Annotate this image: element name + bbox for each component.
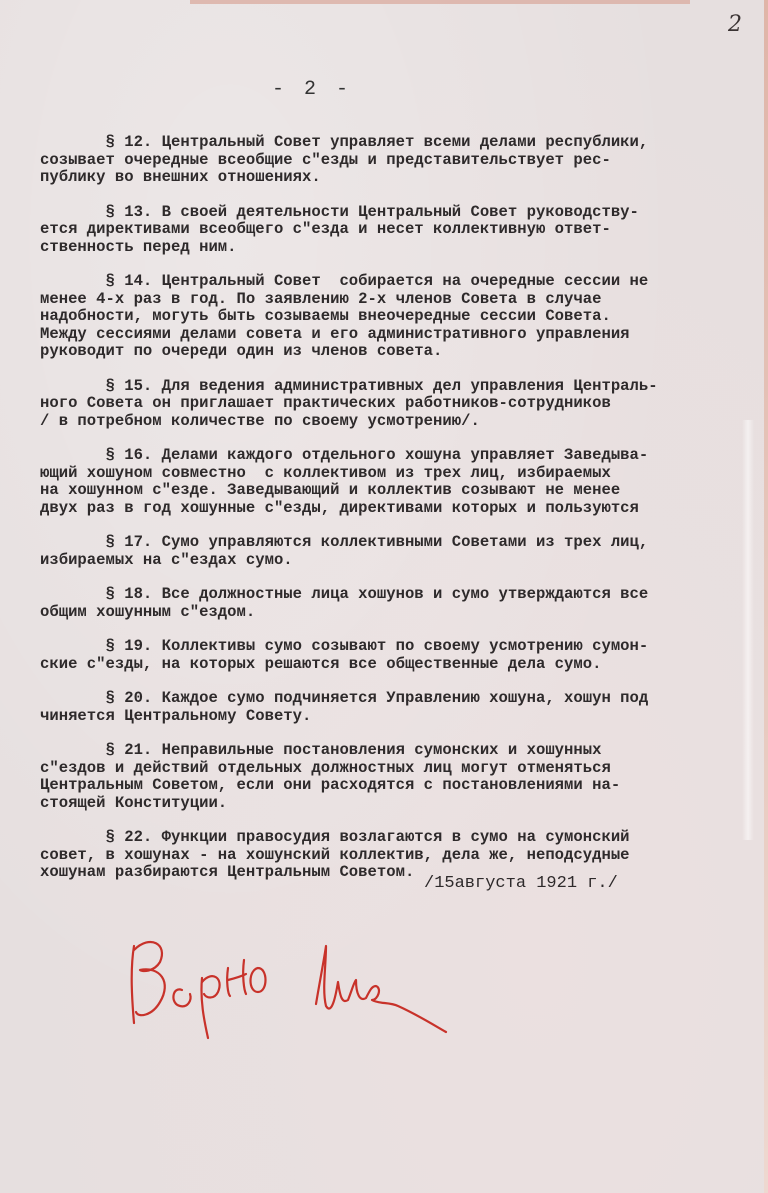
paragraph-section-18: § 18. Все должностные лица хошунов и сум…	[40, 586, 760, 621]
document-date: /15августа 1921 г./	[424, 874, 618, 893]
text-line: совет, в хошунах - на хошунский коллекти…	[40, 847, 760, 865]
text-line: избираемых на с"ездах сумо.	[40, 552, 760, 570]
paragraph-section-17: § 17. Сумо управляются коллективными Сов…	[40, 534, 760, 569]
text-line: ющий хошуном совместно с коллективом из …	[40, 465, 760, 483]
paragraph-section-15: § 15. Для ведения административных дел у…	[40, 378, 760, 431]
text-line: двух раз в год хошунные с"езды, директив…	[40, 500, 760, 518]
text-line: § 18. Все должностные лица хошунов и сум…	[40, 586, 760, 604]
text-line: ного Совета он приглашает практических р…	[40, 395, 760, 413]
paragraph-section-22: § 22. Функции правосудия возлагаются в с…	[40, 829, 760, 882]
text-line: стоящей Конституции.	[40, 795, 760, 813]
paragraph-section-14: § 14. Центральный Совет собирается на оч…	[40, 273, 760, 361]
text-line: Между сессиями делами совета и его админ…	[40, 326, 760, 344]
text-line: с"ездов и действий отдельных должностных…	[40, 760, 760, 778]
text-line: созывает очередные всеобщие с"езды и пре…	[40, 152, 760, 170]
text-line: общим хошунным с"ездом.	[40, 604, 760, 622]
text-line: ственность перед ним.	[40, 239, 760, 257]
text-line: публику во внешних отношениях.	[40, 169, 760, 187]
archive-sheet-number: 2	[728, 12, 742, 37]
text-line: чиняется Центральному Совету.	[40, 708, 760, 726]
text-line: § 12. Центральный Совет управляет всеми …	[40, 134, 760, 152]
paper-edge-top	[190, 0, 690, 4]
paragraph-section-12: § 12. Центральный Совет управляет всеми …	[40, 134, 760, 187]
paragraph-section-20: § 20. Каждое сумо подчиняется Управлению…	[40, 690, 760, 725]
text-line: § 15. Для ведения административных дел у…	[40, 378, 760, 396]
text-line: надобности, могуть быть созываемы внеоче…	[40, 308, 760, 326]
text-line: § 13. В своей деятельности Центральный С…	[40, 204, 760, 222]
text-line: § 21. Неправильные постановления сумонск…	[40, 742, 760, 760]
text-line: хошунам разбираются Центральным Советом.	[40, 864, 760, 882]
paragraph-section-13: § 13. В своей деятельности Центральный С…	[40, 204, 760, 257]
text-line: § 19. Коллективы сумо созывают по своему…	[40, 638, 760, 656]
document-page: 2 - 2 - § 12. Центральный Совет управляе…	[0, 0, 768, 1193]
text-line: § 16. Делами каждого отдельного хошуна у…	[40, 447, 760, 465]
text-line: ется директивами всеобщего с"езда и несе…	[40, 221, 760, 239]
page-number: - 2 -	[272, 78, 352, 101]
paper-edge-right	[764, 0, 768, 1193]
text-line: Центральным Советом, если они расходятся…	[40, 777, 760, 795]
text-line: менее 4-х раз в год. По заявлению 2-х чл…	[40, 291, 760, 309]
text-line: § 14. Центральный Совет собирается на оч…	[40, 273, 760, 291]
text-line: § 20. Каждое сумо подчиняется Управлению…	[40, 690, 760, 708]
text-line: ские с"езды, на которых решаются все общ…	[40, 656, 760, 674]
paragraph-section-16: § 16. Делами каждого отдельного хошуна у…	[40, 447, 760, 517]
paragraph-section-21: § 21. Неправильные постановления сумонск…	[40, 742, 760, 812]
text-line: § 22. Функции правосудия возлагаются в с…	[40, 829, 760, 847]
text-line: руководит по очереди один из членов сове…	[40, 343, 760, 361]
text-line: / в потребном количестве по своему усмот…	[40, 413, 760, 431]
handwritten-signature	[120, 920, 460, 1040]
text-line: на хошунном с"езде. Заведывающий и колле…	[40, 482, 760, 500]
text-line: § 17. Сумо управляются коллективными Сов…	[40, 534, 760, 552]
paragraph-section-19: § 19. Коллективы сумо созывают по своему…	[40, 638, 760, 673]
document-body: § 12. Центральный Совет управляет всеми …	[40, 134, 760, 899]
